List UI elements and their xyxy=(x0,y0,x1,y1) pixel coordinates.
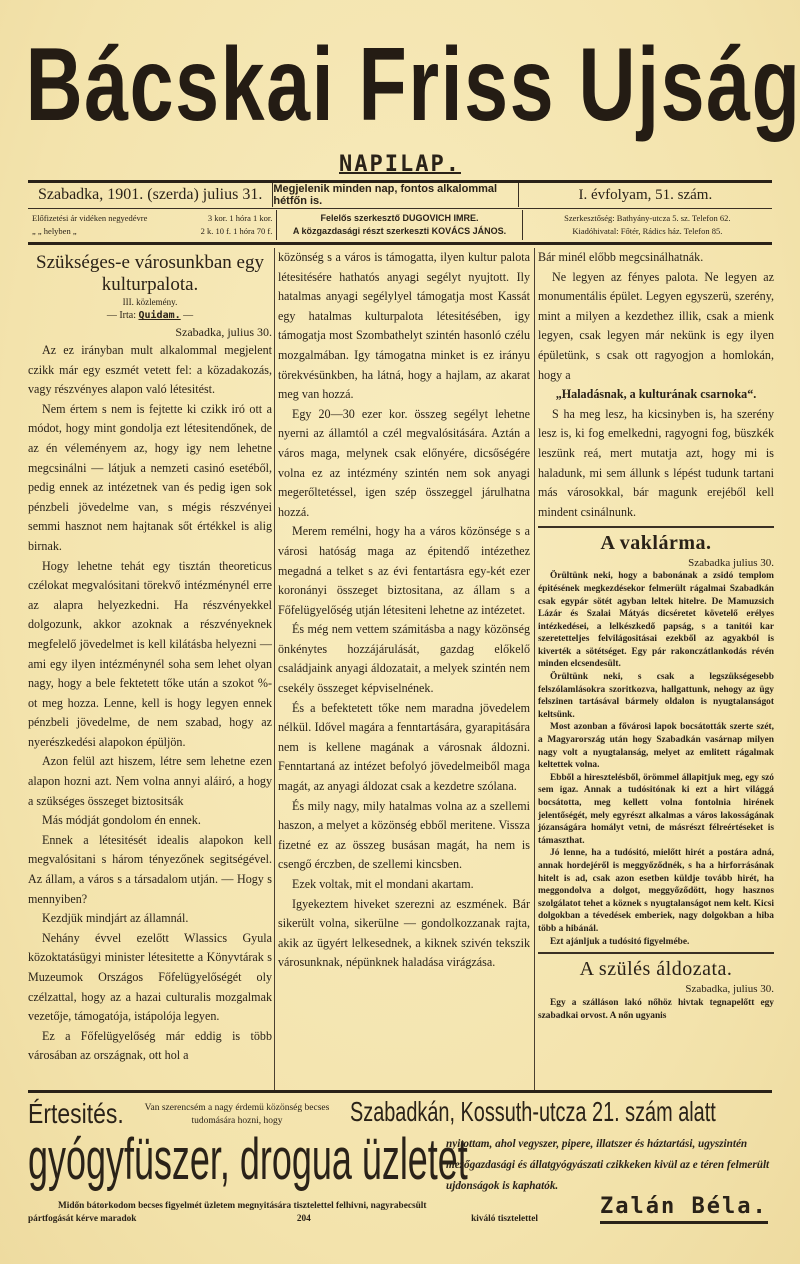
ad-shop-name: gyógyfüszer, drogua üzletet xyxy=(28,1130,468,1190)
paragraph: Ez a Főfelügyelőség már eddig is több vá… xyxy=(28,1027,272,1066)
column-3: Bár minél előbb megcsinálhatnák. Ne legy… xyxy=(538,248,774,1022)
paragraph: Nehány évvel ezelőtt Wlassics Gyula közo… xyxy=(28,929,272,1027)
info-bar: Szabadka, 1901. (szerda) julius 31. Megj… xyxy=(28,183,772,207)
article-title: Szükséges-e városunkban egy kulturpalota… xyxy=(28,252,272,296)
column-1: Szükséges-e városunkban egy kulturpalota… xyxy=(28,248,272,1066)
editorial-office: Szerkesztőség: Bathyány-utcza 5. sz. Tel… xyxy=(523,212,772,225)
column-divider xyxy=(274,248,275,1090)
ad-address: Szabadkán, Kossuth-utcza 21. szám alatt xyxy=(350,1096,716,1128)
paragraph: És még nem vettem számitásba a nagy közö… xyxy=(278,620,530,698)
paragraph: Ezek voltak, mit el mondani akartam. xyxy=(278,875,530,895)
volume-number: I. évfolyam, 51. szám. xyxy=(519,183,772,207)
paragraph: Bár minél előbb megcsinálhatnák. xyxy=(538,248,774,268)
newspaper-page: Bácskai Friss Ujság NAPILAP. Szabadka, 1… xyxy=(0,0,800,1264)
subscription-prices: Előfizetési ár vidéken negyedévre3 kor. … xyxy=(28,210,277,240)
editors: Felelős szerkesztő DUGOVICH IMRE. A közg… xyxy=(277,210,522,240)
article-body: Egy a szálláson lakó nőhöz hivtak tegnap… xyxy=(538,997,774,1022)
paragraph: Nem értem s nem is fejtette ki czikk iró… xyxy=(28,400,272,557)
paragraph: Ennek a létesitését idealis alapokon kel… xyxy=(28,831,272,909)
publishing-office: Kiadóhivatal: Főtér, Rádics ház. Telefon… xyxy=(523,225,772,238)
paragraph: Örültünk neki, hogy a babonának a zsidó … xyxy=(538,570,774,671)
article-body: Örültünk neki, hogy a babonának a zsidó … xyxy=(538,570,774,948)
article-dateline: Szabadka, julius 30. xyxy=(538,982,774,997)
paragraph: Igyekeztem hiveket szerezni az eszmének.… xyxy=(278,895,530,973)
paragraph: Jó lenne, ha a tudósitó, mielőtt hirét a… xyxy=(538,847,774,935)
paragraph: Most azonban a fővárosi lapok bocsátottá… xyxy=(538,721,774,771)
article-series: III. közlemény. xyxy=(28,296,272,309)
advertisement: Értesités. Van szerencsém a nagy érdemü … xyxy=(28,1096,772,1226)
advertisement-rule xyxy=(28,1090,772,1093)
ad-footer: Midőn bátorkodom becses figyelmét üzlete… xyxy=(28,1200,568,1226)
motto-quote: „Haladásnak, a kulturának csarnoka“. xyxy=(538,385,774,405)
ad-offer: nyitottam, ahol vegyszer, pipere, illats… xyxy=(446,1134,776,1197)
ad-intro: Van szerencsém a nagy érdemü közönség be… xyxy=(130,1102,344,1128)
paragraph: Ebből a hiresztelésből, örömmel állapitj… xyxy=(538,772,774,848)
newspaper-subtitle: NAPILAP. xyxy=(0,152,800,177)
ad-signature: Zalán Béla. xyxy=(600,1194,768,1224)
column-2: közönség s a város is támogatta, ilyen k… xyxy=(278,248,530,973)
ad-number: 204 xyxy=(297,1213,311,1226)
paragraph: Hogy lehetne tehát egy tisztán theoretic… xyxy=(28,557,272,753)
office-info: Szerkesztőség: Bathyány-utcza 5. sz. Tel… xyxy=(523,210,772,240)
paragraph: És mily nagy, mily hatalmas volna az a s… xyxy=(278,797,530,875)
paragraph: közönség s a város is támogatta, ilyen k… xyxy=(278,248,530,405)
paragraph: S ha meg lesz, ha kicsinyben is, ha szer… xyxy=(538,405,774,523)
section-divider xyxy=(538,952,774,954)
publication-schedule: Megjelenik minden nap, fontos alkalommal… xyxy=(273,183,518,207)
header-bottom-rule xyxy=(28,242,772,245)
paragraph: Egy 20—30 ezer kor. összeg segélyt lehet… xyxy=(278,405,530,523)
article-title: A vaklárma. xyxy=(538,530,774,556)
article-author: — Irta: Quidam. — xyxy=(28,309,272,323)
paragraph: Más módját gondolom én ennek. xyxy=(28,811,272,831)
newspaper-title: Bácskai Friss Ujság xyxy=(26,30,771,140)
article-dateline: Szabadka julius 30. xyxy=(538,556,774,570)
paragraph: Kezdjük mindjárt az államnál. xyxy=(28,909,272,929)
paragraph: Ne legyen az fényes palota. Ne legyen az… xyxy=(538,268,774,386)
ad-heading: Értesités. xyxy=(28,1098,124,1130)
paragraph: És a befektetett tőke nem maradna jövede… xyxy=(278,699,530,797)
article-dateline: Szabadka, julius 30. xyxy=(28,323,272,341)
paragraph: Ezt ajánljuk a tudósitó figyelmébe. xyxy=(538,936,774,949)
paragraph: Örültünk neki, s csak a legszükségesebb … xyxy=(538,671,774,721)
paragraph: Egy a szálláson lakó nőhöz hivtak tegnap… xyxy=(538,997,774,1022)
editor-in-charge: Felelős szerkesztő DUGOVICH IMRE. xyxy=(277,212,521,225)
paragraph: Merem remélni, hogy ha a város közönsége… xyxy=(278,522,530,620)
masthead: Bácskai Friss Ujság xyxy=(28,30,768,160)
issue-date: Szabadka, 1901. (szerda) julius 31. xyxy=(28,183,273,207)
sub-bar: Előfizetési ár vidéken negyedévre3 kor. … xyxy=(28,210,772,240)
section-divider xyxy=(538,526,774,528)
paragraph: Az ez irányban mult alkalommal megjelent… xyxy=(28,341,272,400)
paragraph: Azon felül azt hiszem, létre sem lehetne… xyxy=(28,752,272,811)
info-rule xyxy=(28,208,772,209)
economic-editor: A közgazdasági részt szerkeszti KOVÁCS J… xyxy=(277,225,521,238)
column-divider xyxy=(534,248,535,1090)
article-title: A szülés áldozata. xyxy=(538,956,774,982)
